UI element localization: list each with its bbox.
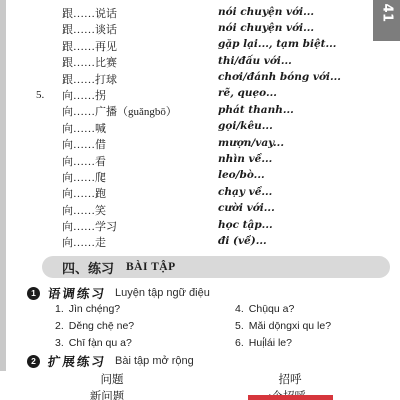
vocab-cn: 向……跑 (62, 185, 106, 201)
vocab-vi: rẽ, quẹo... (218, 87, 277, 99)
vocab-vi: gặp lại..., tạm biệt... (218, 38, 336, 50)
vocab-vi: nói chuyện với... (218, 22, 314, 34)
vocab-row: 跟……说话 nói chuyện với... (62, 4, 392, 20)
vocab-cn: 跟……打球 (62, 71, 117, 87)
vocab-group-number: 5. (36, 89, 44, 101)
exercise1-title-vi: Luyện tập ngữ điệu (115, 287, 210, 299)
exercise2-header: 2 扩展练习 Bài tập mở rộng (27, 352, 194, 370)
item-number: 2. (55, 320, 64, 332)
pinyin-item: 1.Jìn chẹ́ng? (55, 303, 120, 315)
page-footer-red-bar (248, 395, 333, 400)
pinyin-item: 4.Chụ̄qu a? (235, 303, 294, 315)
vocab-row: 向……看 nhìn về... (62, 152, 392, 168)
item-number: 6. (235, 337, 244, 349)
item-number: 5. (235, 320, 244, 332)
vocab-cn: 向……走 (62, 234, 106, 250)
item-text: Chụ̄qu a? (249, 303, 295, 315)
vocab-vi: phát thanh... (218, 104, 294, 116)
vocab-row: 向……借 mượn/vay... (62, 135, 392, 151)
section-header-band: 四、练习 BÀI TẬP (42, 256, 390, 278)
vocab-cn: 跟……说话 (62, 5, 117, 21)
pinyin-item: 3.Chī fạ̀n qu a? (55, 337, 132, 349)
section-title-vi: BÀI TẬP (126, 261, 176, 273)
vocab-vi: leo/bò... (218, 169, 265, 181)
vocab-cn: 跟……比赛 (62, 54, 117, 70)
vocab-row: 跟……比赛 thi/đấu với... (62, 53, 392, 69)
exercise2-number-badge: 2 (27, 355, 40, 368)
exercise2-title-vi: Bài tập mở rộng (115, 355, 194, 367)
pinyin-item: 6.Huị́lái le? (235, 337, 292, 349)
vocab-list: 跟……说话 nói chuyện với... 跟……谈话 nói chuyện… (62, 4, 392, 250)
item-text: Huị́lái le? (249, 337, 292, 349)
vocab-vi: chạy về... (218, 186, 272, 198)
vocab-cn: 向……拐 (62, 87, 106, 103)
vocab-cn: 向……笑 (62, 202, 106, 218)
vocab-row: 向……走 đi (về)... (62, 233, 392, 249)
vocab-cn: 跟……谈话 (62, 21, 117, 37)
item-text: Jìn chẹ́ng? (69, 303, 120, 315)
item-number: 4. (235, 303, 244, 315)
vocab-cn: 向……学习 (62, 218, 117, 234)
pinyin-item: 2.Děng chẹ̄ ne? (55, 320, 134, 332)
section-title-cn: 四、练习 (62, 258, 114, 277)
vocab-row: 向……笑 cười với... (62, 201, 392, 217)
item-number: 3. (55, 337, 64, 349)
vocab-row: 向……喊 gọi/kêu... (62, 119, 392, 135)
vocab-vi: mượn/vay... (218, 137, 284, 149)
vocab-row: 跟……谈话 nói chuyện với... (62, 20, 392, 36)
exercise1-header: 1 语调练习 Luyện tập ngữ điệu (27, 284, 210, 302)
exercise2-title-cn: 扩展练习 (47, 352, 107, 370)
vocab-row: 跟……打球 chơi/đánh bóng với... (62, 70, 392, 86)
vocab-cn: 向……爬 (62, 169, 106, 185)
exercise1-title-cn: 语调练习 (47, 284, 107, 302)
vocab-row: 向……广播（guǎngbō） phát thanh... (62, 102, 392, 118)
vocab-cn: 向……借 (62, 136, 106, 152)
vocab-cn: 跟……再见 (62, 38, 117, 54)
item-text: Děng chẹ̄ ne? (69, 320, 134, 332)
pinyin-item: 5.Mǎi dọ̄ngxi qu le? (235, 320, 331, 332)
vocab-vi: thi/đấu với... (218, 55, 292, 67)
pair-left: 问题 (62, 371, 162, 387)
vocab-vi: học tập... (218, 219, 273, 231)
vocab-vi: cười với... (218, 202, 275, 214)
vocab-vi: gọi/kêu... (218, 120, 273, 132)
vocab-vi: nói chuyện với... (218, 6, 314, 18)
vocab-row: 向……跑 chạy về... (62, 184, 392, 200)
vocab-cn: 向……广播（guǎngbō） (62, 103, 177, 119)
vocab-row: 跟……再见 gặp lại..., tạm biệt... (62, 37, 392, 53)
vocab-row: 向……爬 leo/bò... (62, 168, 392, 184)
exercise1-number-badge: 1 (27, 287, 40, 300)
page-edge-strip (0, 0, 6, 371)
vocab-row: 向……拐 rẽ, quẹo... (62, 86, 392, 102)
vocab-cn: 向……喊 (62, 120, 106, 136)
item-text: Mǎi dọ̄ngxi qu le? (249, 320, 331, 332)
vocab-vi: chơi/đánh bóng với... (218, 71, 341, 83)
item-text: Chī fạ̀n qu a? (69, 337, 132, 349)
item-number: 1. (55, 303, 64, 315)
pair-right: 招呼 (230, 371, 350, 387)
pair-left: 新问题 (57, 388, 157, 400)
vocab-row: 向……学习 học tập... (62, 217, 392, 233)
vocab-vi: nhìn về... (218, 153, 272, 165)
vocab-cn: 向……看 (62, 153, 106, 169)
vocab-vi: đi (về)... (218, 235, 267, 247)
